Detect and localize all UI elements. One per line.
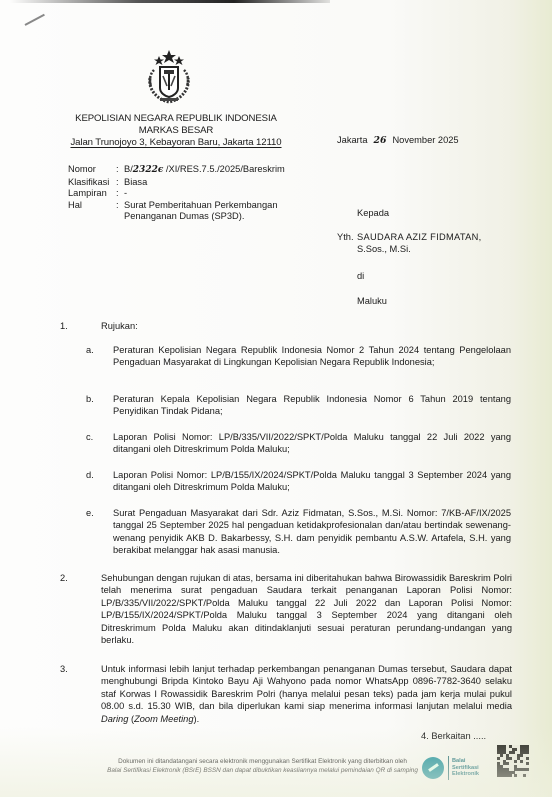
letter-page: KEPOLISIAN NEGARA REPUBLIK INDONESIA MAR… [0, 0, 552, 797]
recipient-name: SAUDARA AZIZ FIDMATAN, [357, 231, 482, 243]
reference-e: e. Surat Pengaduan Masyarakat dari Sdr. … [86, 507, 511, 557]
bsre-emblem-icon [422, 757, 444, 779]
item-3: 3. Untuk informasi lebih lanjut terhadap… [60, 663, 512, 725]
institution-name: KEPOLISIAN NEGARA REPUBLIK INDONESIA [66, 113, 286, 125]
meta-lampiran: Lampiran: - [68, 188, 285, 200]
recipient-di: di [357, 270, 364, 282]
recipient-yth: Yth. [337, 231, 354, 243]
polri-emblem-icon [140, 48, 198, 106]
reference-b: b. Peraturan Kepala Kepolisian Negara Re… [86, 393, 511, 418]
office-address: Jalan Trunojoyo 3, Kebayoran Baru, Jakar… [70, 137, 281, 149]
continuation-marker: 4. Berkaitan ..... [421, 731, 486, 741]
scan-edge-shadow [10, 0, 330, 3]
meta-klasifikasi: Klasifikasi: Biasa [68, 177, 285, 189]
bsre-logo: Balai Sertifikasi Elektronik [422, 756, 479, 780]
recipient-credentials: S.Sos., M.Si. [357, 243, 411, 255]
letter-meta: Nomor: B/2322ϵ /XI/RES.7.5./2025/Bareskr… [68, 164, 285, 223]
date-month-year: November 2025 [392, 135, 458, 145]
date-day: 26 [374, 135, 387, 146]
qr-code-icon[interactable] [497, 745, 529, 777]
recipient-block: Kepada Yth. SAUDARA AZIZ FIDMATAN, S.Sos… [357, 207, 389, 219]
reference-c: c. Laporan Polisi Nomor: LP/B/335/VII/20… [86, 431, 511, 456]
meta-nomor: Nomor: B/2322ϵ /XI/RES.7.5./2025/Bareskr… [68, 164, 285, 177]
item-2: 2. Sehubungan dengan rujukan di atas, be… [60, 572, 512, 646]
office-name: MARKAS BESAR [66, 125, 286, 137]
letterhead: KEPOLISIAN NEGARA REPUBLIK INDONESIA MAR… [66, 113, 286, 149]
reference-a: a. Peraturan Kepolisian Negara Republik … [86, 344, 511, 369]
item-1-title: Rujukan: [101, 320, 138, 332]
meta-hal: Hal: Surat Pemberitahuan PerkembanganPen… [68, 200, 285, 223]
reference-d: d. Laporan Polisi Nomor: LP/B/155/IX/202… [86, 469, 511, 494]
letter-number: B/2322ϵ /XI/RES.7.5./2025/Bareskrim [124, 164, 285, 177]
pen-mark [25, 14, 45, 26]
letter-date: Jakarta26November 2025 [337, 135, 459, 146]
recipient-kepada: Kepada [357, 207, 389, 219]
esign-notice: Dokumen ini ditandatangani secara elektr… [90, 757, 435, 775]
date-city: Jakarta [337, 135, 368, 145]
recipient-place: Maluku [357, 295, 387, 307]
item-1: 1. Rujukan: [60, 320, 512, 332]
